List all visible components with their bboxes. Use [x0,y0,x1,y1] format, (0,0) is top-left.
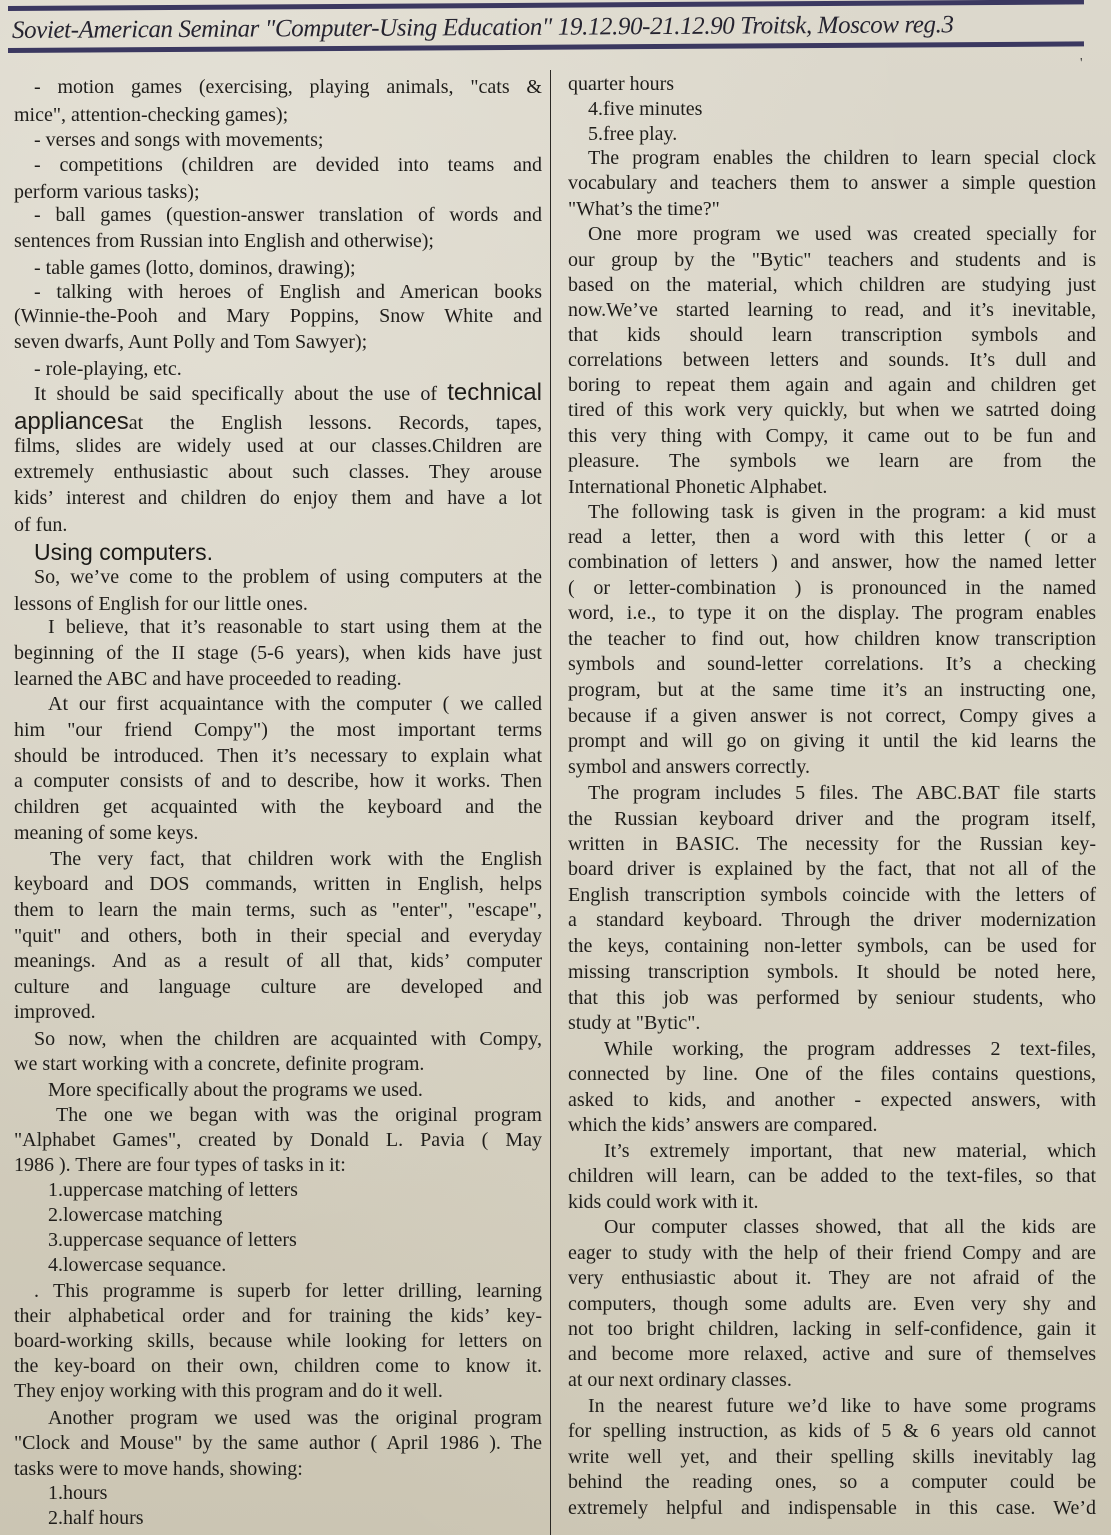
text-line: the key-board on their own, children com… [14,1354,542,1379]
text-line: - talking with heroes of English and Ame… [14,280,542,305]
text-line: learned the ABC and have proceeded to re… [14,667,542,692]
text-line: "Clock and Mouse" by the same author ( A… [14,1431,542,1456]
column-divider [550,70,551,1535]
text-line: More specifically about the programs we … [14,1078,542,1103]
text-line: extremely helpful and indispensable in t… [568,1496,1096,1521]
text-line: program, but at the same time it’s an in… [568,678,1096,703]
text-line: him "our friend Compy") the most importa… [14,718,542,743]
emphasis-technical: technical [447,379,542,406]
text-line: The program includes 5 files. The ABC.BA… [568,781,1096,806]
text-line: perform various tasks); [14,180,542,205]
text-line: eager to study with the help of their fr… [568,1241,1096,1266]
text-line: symbol and answers correctly. [568,755,1096,780]
text-line: word, i.e., to type it on the display. T… [568,601,1096,626]
text-line: The following task is given in the progr… [568,500,1096,525]
text-line: It’s extremely important, that new mater… [568,1139,1096,1164]
text-line: correlations between letters and sounds.… [568,348,1096,373]
text-line: at our next ordinary classes. [568,1368,1096,1393]
text-line: their alphabetical order and for trainin… [14,1304,542,1329]
text-line: - verses and songs with movements; [14,128,542,153]
list-item: 4.five minutes [568,97,1096,122]
text-line: vocabulary and teachers them to answer a… [568,171,1096,196]
text-line: board-working skills, because while look… [14,1329,542,1354]
text-line: connected by line. One of the files cont… [568,1062,1096,1087]
list-item: 1.hours [14,1481,542,1506]
text-line: While working, the program addresses 2 t… [568,1037,1096,1062]
text-line: keyboard and DOS commands, written in En… [14,872,542,897]
technical-appliances-line-1: It should be said specifically about the… [14,380,542,407]
text-line: beginning of the II stage (5-6 years), w… [14,641,542,666]
text-line: asked to kids, and another - expected an… [568,1088,1096,1113]
list-item: 4.lowercase sequance. [14,1253,542,1278]
text-run: at the English lessons. Records, tapes, [129,412,542,434]
text-line: The one we began with was the original p… [14,1103,542,1128]
text-line: ( or letter-combination ) is pronounced … [568,576,1096,601]
technical-appliances-line-2: appliancesat the English lessons. Record… [14,409,542,436]
text-line: this very thing with Compy, it came out … [568,424,1096,449]
text-line: mice", attention-checking games); [14,103,542,128]
text-line: The program enables the children to lear… [568,146,1096,171]
text-line: sentences from Russian into English and … [14,229,542,254]
text-line: One more program we used was created spe… [568,222,1096,247]
text-line: culture and language culture are develop… [14,975,542,1000]
text-line: our group by the "Bytic" teachers and st… [568,248,1096,273]
text-line: the Russian keyboard driver and the prog… [568,807,1096,832]
text-line: symbols and sound-letter correlations. I… [568,652,1096,677]
text-line: - competitions (children are devided int… [14,153,542,178]
text-line: should be introduced. Then it’s necessar… [14,744,542,769]
text-line: missing transcription symbols. It should… [568,960,1096,985]
text-line: International Phonetic Alphabet. [568,475,1096,500]
text-line: "Alphabet Games", created by Donald L. P… [14,1128,542,1153]
text-line: them to learn the main terms, such as "e… [14,898,542,923]
text-run: It should be said specifically about the… [34,383,447,405]
text-line: "quit" and others, both in their special… [14,924,542,949]
text-line: and become more relaxed, active and sure… [568,1342,1096,1367]
text-line: kids’ interest and children do enjoy the… [14,486,542,511]
text-line: write well yet, and their spelling skill… [568,1445,1096,1470]
text-line: kids could work with it. [568,1190,1096,1215]
text-line: behind the reading ones, so a computer c… [568,1470,1096,1495]
text-line: pleasure. The symbols we learn are from … [568,449,1096,474]
text-line: study at "Bytic". [568,1011,1096,1036]
text-line: of fun. [14,513,542,538]
text-line: that this job was performed by seniour s… [568,986,1096,1011]
text-line: not too bright children, lacking in self… [568,1317,1096,1342]
text-line: English transcription symbols coincide w… [568,883,1096,908]
text-line: boring to repeat them again and again an… [568,373,1096,398]
text-line: Our computer classes showed, that all th… [568,1215,1096,1240]
text-line: tired of this work very quickly, but whe… [568,398,1096,423]
page-mark: ' [1080,56,1083,72]
text-line: children will learn, can be added to the… [568,1164,1096,1189]
text-line: children get acquainted with the keyboar… [14,795,542,820]
text-line: films, slides are widely used at our cla… [14,434,542,459]
text-line: I believe, that it’s reasonable to start… [14,615,542,640]
text-line: that kids should learn transcription sym… [568,323,1096,348]
text-line: Another program we used was the original… [14,1406,542,1431]
text-line: meanings. And as a result of all that, k… [14,949,542,974]
text-line: - ball games (question-answer translatio… [14,203,542,228]
list-item: 3.uppercase sequance of letters [14,1228,542,1253]
text-line: The very fact, that children work with t… [14,847,542,872]
text-line: for spelling instruction, as kids of 5 &… [568,1419,1096,1444]
text-line: because if a given answer is not correct… [568,704,1096,729]
text-line: based on the material, which children ar… [568,273,1096,298]
text-line: prompt and will go on giving it until th… [568,729,1096,754]
text-line: computers, though some adults are. Even … [568,1292,1096,1317]
list-item: 1.uppercase matching of letters [14,1178,542,1203]
list-item: 2.half hours [14,1506,542,1531]
text-line: - table games (lotto, dominos, drawing); [14,256,542,281]
text-line: - motion games (exercising, playing anim… [14,75,542,100]
text-line: read a letter, then a word with this let… [568,525,1096,550]
text-line: a computer consists of and to describe, … [14,769,542,794]
text-line: board driver is explained by the fact, t… [568,857,1096,882]
text-line: written in BASIC. The necessity for the … [568,832,1096,857]
section-heading-using-computers: Using computers. [34,538,213,566]
list-item: 2.lowercase matching [14,1203,542,1228]
list-item: 5.free play. [568,122,1096,147]
text-line: At our first acquaintance with the compu… [14,692,542,717]
text-line: They enjoy working with this program and… [14,1379,542,1404]
text-line: In the nearest future we’d like to have … [568,1394,1096,1419]
list-item: quarter hours [568,72,1096,97]
text-line: a standard keyboard. Through the driver … [568,908,1096,933]
emphasis-appliances: appliances [14,408,129,435]
text-line: "What’s the time?" [568,197,1096,222]
text-line: So, we’ve come to the problem of using c… [14,565,542,590]
text-line: improved. [14,1000,542,1025]
text-line: 1986 ). There are four types of tasks in… [14,1153,542,1178]
text-line: . This programme is superb for letter dr… [14,1279,542,1304]
text-line: now.We’ve started learning to read, and … [568,298,1096,323]
text-line: lessons of English for our little ones. [14,592,542,617]
text-line: we start working with a concrete, defini… [14,1052,542,1077]
text-line: So now, when the children are acquainted… [14,1027,542,1052]
text-line: extremely enthusiastic about such classe… [14,460,542,485]
text-line: combination of letters ) and answer, how… [568,550,1096,575]
text-line: meaning of some keys. [14,821,542,846]
text-line: seven dwarfs, Aunt Polly and Tom Sawyer)… [14,330,542,355]
text-line: which the kids’ answers are compared. [568,1113,1096,1138]
text-line: the teacher to find out, how children kn… [568,627,1096,652]
text-line: very enthusiastic about it. They are not… [568,1266,1096,1291]
text-line: tasks were to move hands, showing: [14,1457,542,1482]
text-line: (Winnie-the-Pooh and Mary Poppins, Snow … [14,304,542,329]
text-line: the keys, containing non-letter symbols,… [568,934,1096,959]
